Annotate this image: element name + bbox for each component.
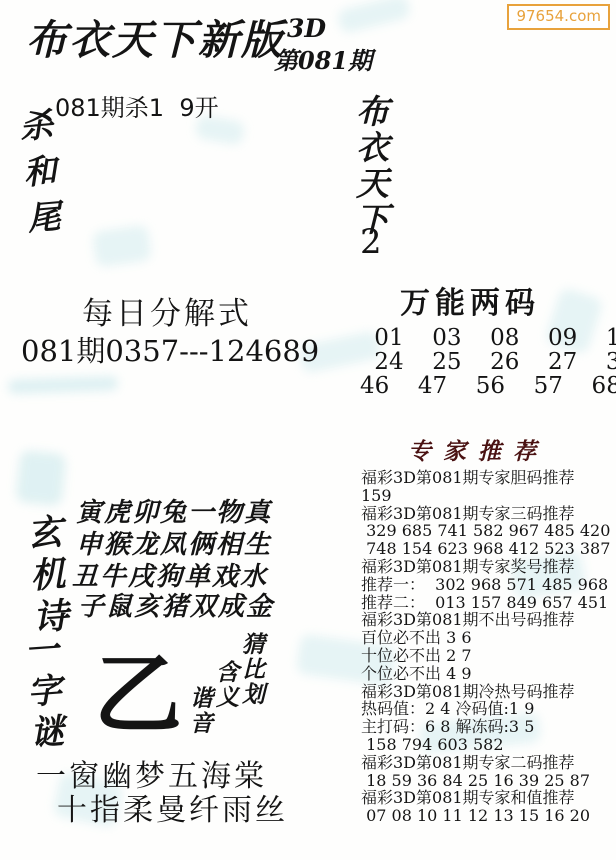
watermark <box>336 0 412 34</box>
expert-line-two-codes: 18 59 36 84 25 16 39 25 87 <box>361 772 610 790</box>
mystery-poem-line: 子鼠亥猪双成金 <box>78 593 274 622</box>
expert-line-two-header: 福彩3D第081期专家二码推荐 <box>361 754 610 772</box>
mystery-poem-line: 丑牛戌狗单戏水 <box>72 563 268 592</box>
expert-line-hotcold-header: 福彩3D第081期冷热号码推荐 <box>361 683 610 701</box>
expert-line-rec-two: 推荐二： 013 157 849 657 451 <box>361 594 610 612</box>
expert-line-groups: 158 794 603 582 <box>361 736 610 754</box>
expert-line-hotcold-values: 热码值：2 4 冷码值:1 9 <box>361 700 610 718</box>
mystery-poem-line: 寅虎卯兔一物真 <box>76 499 272 528</box>
expert-line-exclude-hundreds: 百位必不出 3 6 <box>361 629 610 647</box>
expert-line-three-codes: 748 154 623 968 412 523 387 <box>361 540 610 558</box>
expert-line-three-header: 福彩3D第081期专家三码推荐 <box>361 505 610 523</box>
two-codes-row: 01 03 08 09 13 18 19? <box>360 326 616 350</box>
kill-number-line: 081期杀1 9开 <box>55 95 219 121</box>
expert-line-three-codes: 329 685 741 582 967 485 420 <box>361 522 610 540</box>
expert-line-rec-one: 推荐一： 302 968 571 485 968 <box>361 576 610 594</box>
expert-panel: 福彩3D第081期专家胆码推荐 159 福彩3D第081期专家三码推荐 329 … <box>361 469 610 825</box>
two-codes-title: 万能两码 <box>400 287 540 320</box>
daily-decompose-formula: 081期0357---124689 <box>21 336 319 368</box>
two-codes-row: 24 25 26 27 38 39 45? <box>360 350 616 374</box>
expert-line-exclude-units: 个位必不出 4 9 <box>361 665 610 683</box>
expert-line-exclude-tens: 十位必不出 2 7 <box>361 647 610 665</box>
watermark <box>15 450 66 507</box>
game-label: 3D <box>287 16 326 41</box>
expert-line-sum-values: 07 08 10 11 12 13 15 16 20 <box>361 807 610 825</box>
bottom-poem-line: 一窗幽梦五海棠 <box>36 760 267 793</box>
lottery-tip-sheet: 97654.com 布衣天下新版 3D 第081期 081期杀1 9开 杀和尾 … <box>0 0 616 860</box>
expert-line-prize-header: 福彩3D第081期专家奖号推荐 <box>361 558 610 576</box>
mystery-poem-line: 申猴龙凤俩相生 <box>76 531 272 560</box>
expert-line-main-codes: 主打码：6 8 解冻码:3 5 <box>361 718 610 736</box>
watermark <box>92 224 152 267</box>
riddle-hint-meaning: 含义 <box>214 660 237 710</box>
expert-line-dan-codes: 159 <box>361 487 610 505</box>
watermark <box>8 376 118 394</box>
daily-decompose-title: 每日分解式 <box>82 297 252 331</box>
riddle-hint-strokes: 猜比划 <box>240 632 263 707</box>
riddle-character: 乙 <box>94 648 182 740</box>
expert-line-dan-header: 福彩3D第081期专家胆码推荐 <box>361 469 610 487</box>
kill-sum-tail-label: 杀和尾 <box>16 107 61 247</box>
word-riddle-label: 一字谜 <box>20 631 62 756</box>
brand-number: 2 <box>360 225 382 259</box>
two-codes-row: 46 47 56 57 68 89 <box>360 374 616 398</box>
expert-line-sum-header: 福彩3D第081期专家和值推荐 <box>361 789 610 807</box>
riddle-hint-homophone: 谐音 <box>188 686 211 736</box>
site-url-badge[interactable]: 97654.com <box>507 4 610 30</box>
page-title: 布衣天下新版 <box>26 18 284 63</box>
issue-number: 第081期 <box>274 48 372 74</box>
expert-panel-title: 专家推荐 <box>408 439 548 464</box>
bottom-poem-line: 十指柔曼纤雨丝 <box>57 794 288 827</box>
expert-line-exclude-header: 福彩3D第081期不出号码推荐 <box>361 611 610 629</box>
two-codes-grid: 01 03 08 09 13 18 19? 24 25 26 27 38 39 … <box>360 326 616 398</box>
mystery-poem-label: 玄机诗 <box>24 513 68 641</box>
brand-vertical-label: 布衣天下 <box>354 94 387 238</box>
